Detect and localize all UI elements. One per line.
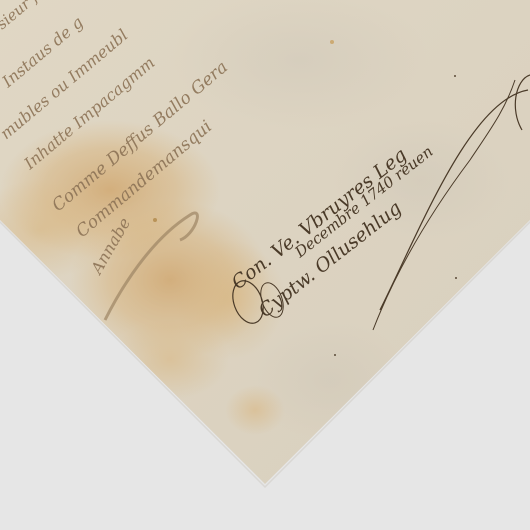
product-photo: sieur fl Instaus de g mubles ou Immeubl … [0, 0, 530, 530]
paper-diamond-illustration: sieur fl Instaus de g mubles ou Immeubl … [0, 0, 530, 530]
